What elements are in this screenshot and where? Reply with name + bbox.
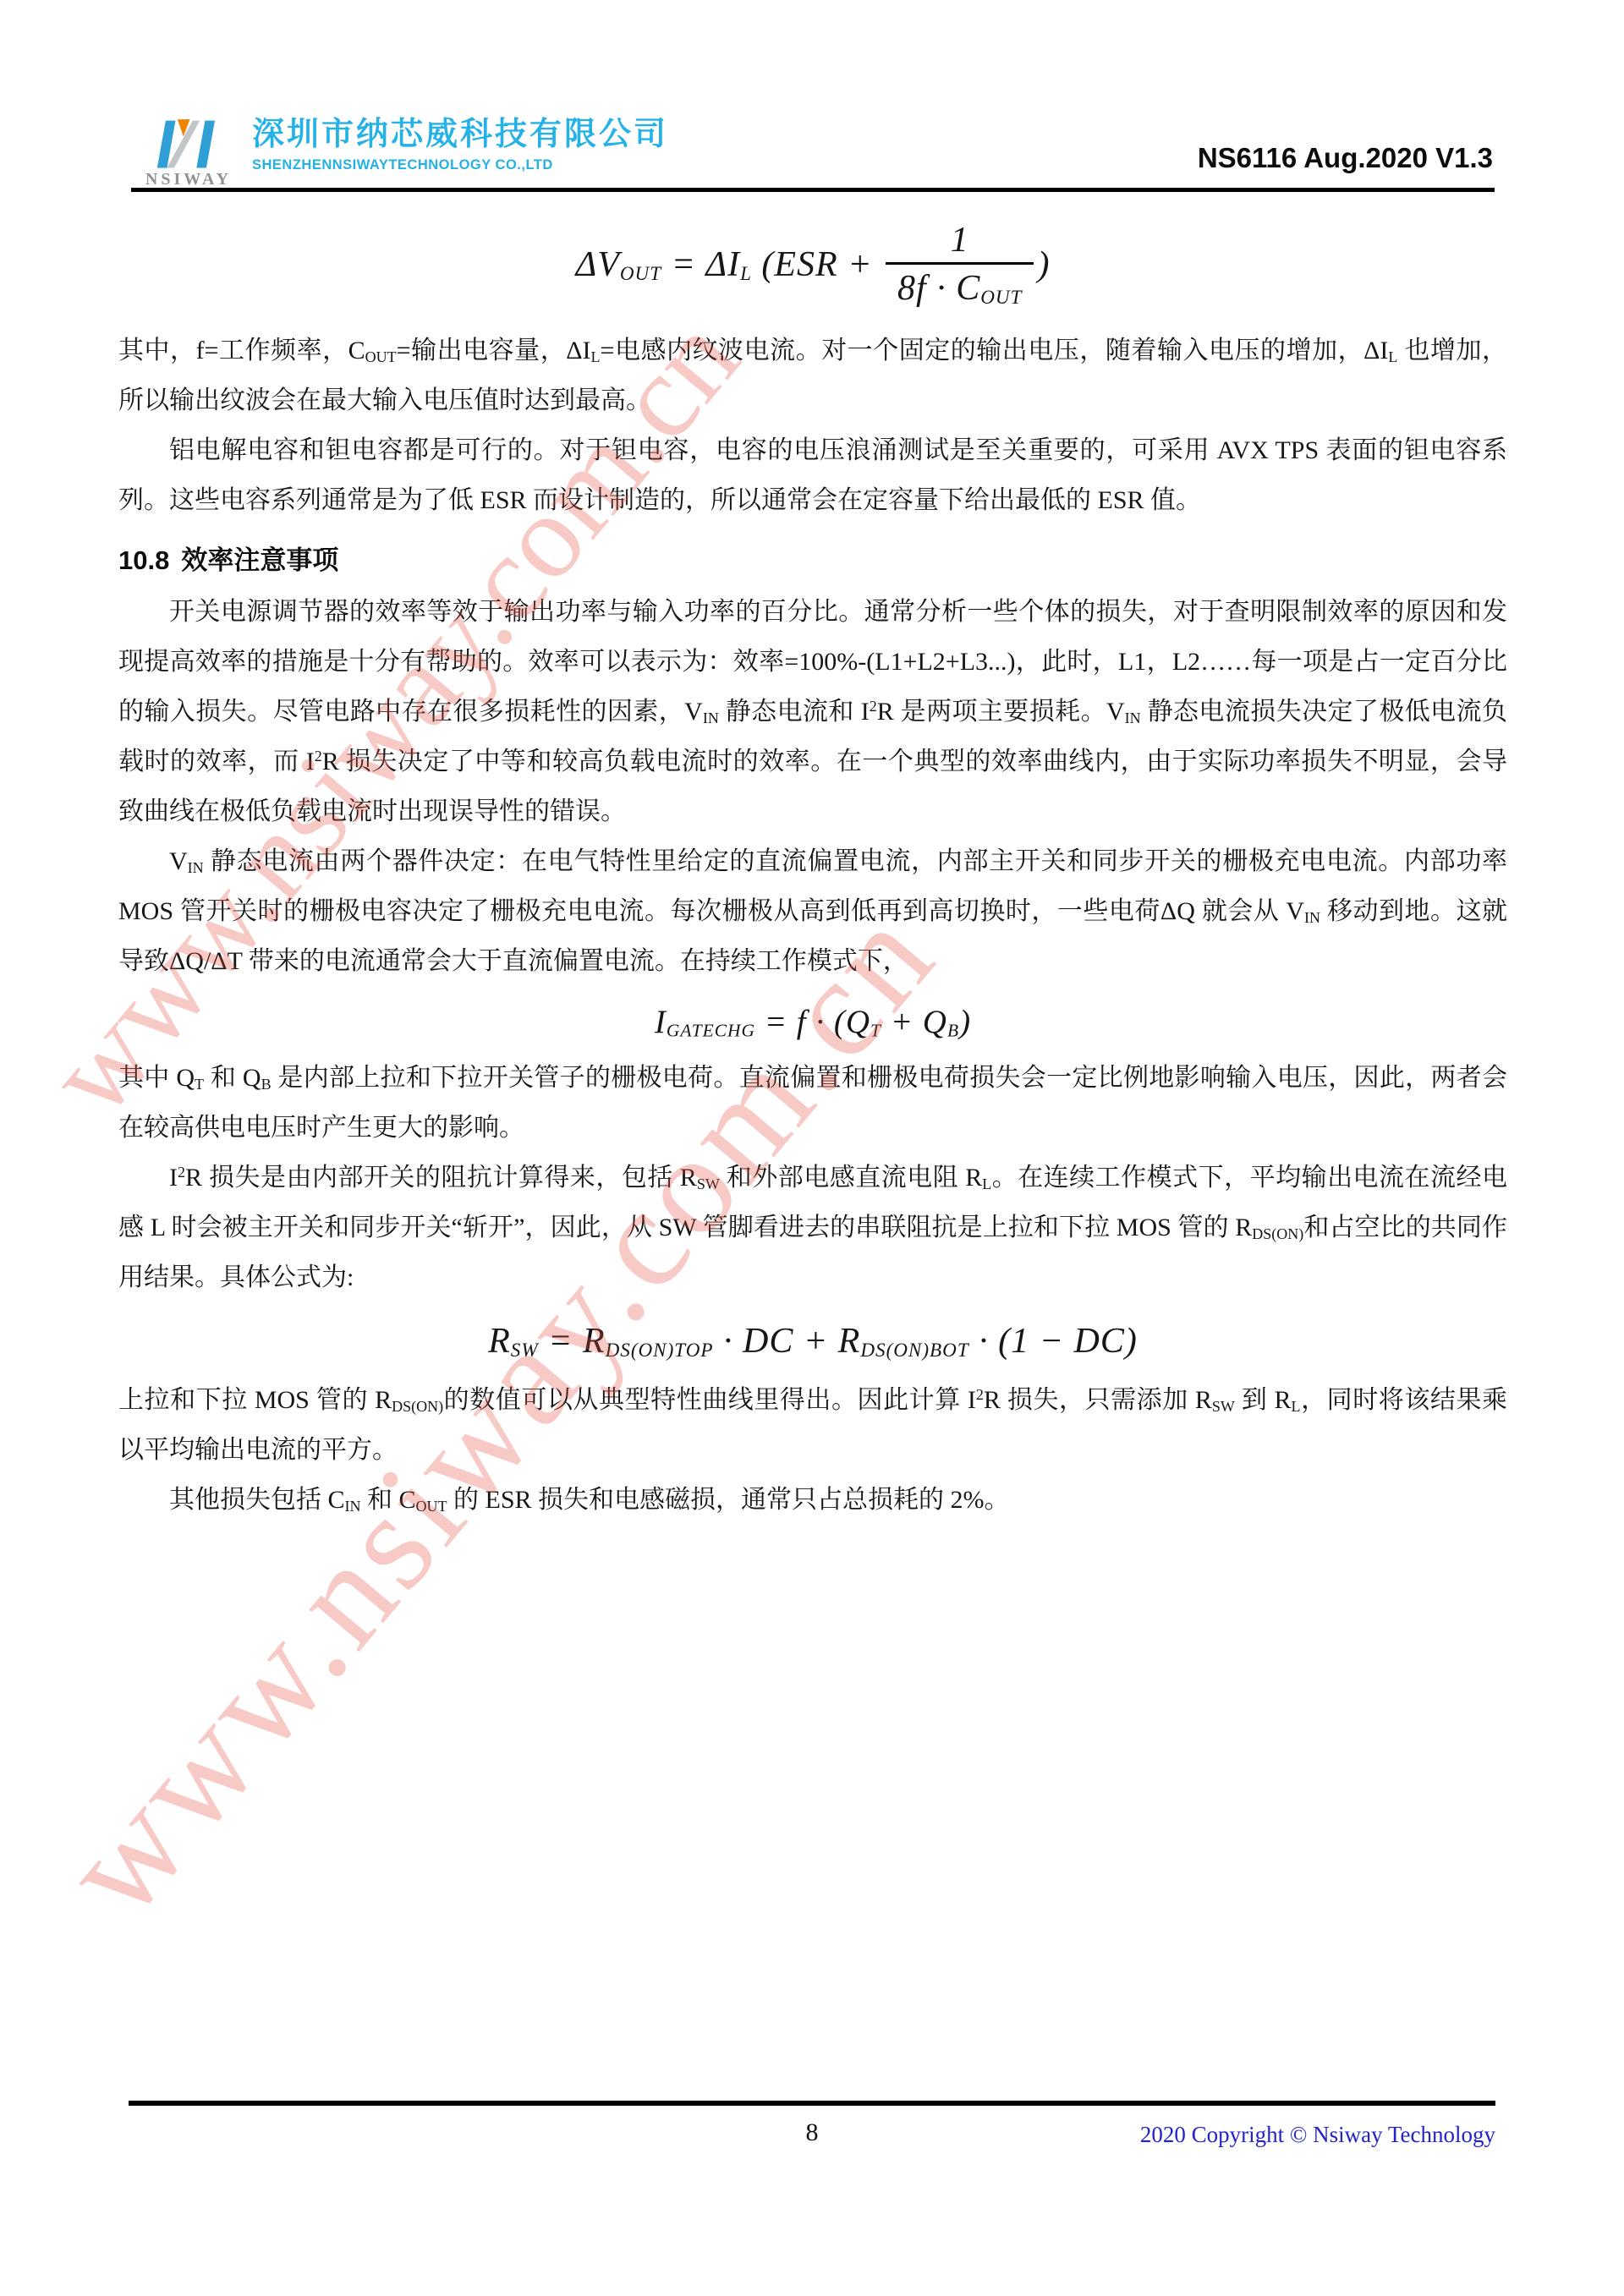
formula-fraction: 18f · COUT: [886, 220, 1034, 309]
footer-rule: [129, 2101, 1495, 2106]
section-heading: 10.8效率注意事项: [118, 539, 1507, 577]
paragraph: 其他损失包括 CIN 和 COUT 的 ESR 损失和电感磁损，通常只占总损耗的…: [118, 1475, 1507, 1525]
formula-output-ripple: ΔVOUT = ΔIL (ESR + 18f · COUT): [118, 223, 1507, 312]
document-body: ΔVOUT = ΔIL (ESR + 18f · COUT) 其中，f=工作频率…: [118, 195, 1507, 1525]
company-name-cn: 深圳市纳芯威科技有限公司: [252, 117, 668, 154]
formula-switch-resistance: RSW = RDS(ON)TOP · DC + RDS(ON)BOT · (1 …: [118, 1321, 1507, 1362]
formula-right: ): [1037, 245, 1050, 284]
header-rule: [131, 188, 1495, 192]
paragraph: 其中 QT 和 QB 是内部上拉和下拉开关管子的栅极电荷。直流偏置和栅极电荷损失…: [118, 1053, 1507, 1153]
paragraph: VIN 静态电流由两个器件决定：在电气特性里给定的直流偏置电流，内部主开关和同步…: [118, 836, 1507, 986]
copyright-text: 2020 Copyright © Nsiway Technology: [1140, 2122, 1495, 2148]
fraction-denominator: 8f · COUT: [886, 265, 1034, 309]
paragraph: 开关电源调节器的效率等效于输出功率与输入功率的百分比。通常分析一些个体的损失，对…: [118, 587, 1507, 836]
company-name-block: 深圳市纳芯威科技有限公司 SHENZHENNSIWAYTECHNOLOGY CO…: [252, 117, 668, 173]
company-name-en: SHENZHENNSIWAYTECHNOLOGY CO.,LTD: [252, 157, 668, 173]
logo-brand-text: NSIWAY: [138, 170, 239, 189]
paragraph: 铝电解电容和钽电容都是可行的。对于钽电容，电容的电压浪涌测试是至关重要的，可采用…: [118, 425, 1507, 525]
section-title: 效率注意事项: [181, 545, 338, 575]
paragraph: 上拉和下拉 MOS 管的 RDS(ON)的数值可以从典型特性曲线里得出。因此计算…: [118, 1375, 1507, 1475]
paragraph: 其中，f=工作频率，COUT=输出电容量，ΔIL=电感内纹波电流。对一个固定的输…: [118, 326, 1507, 425]
document-reference: NS6116 Aug.2020 V1.3: [1198, 142, 1493, 174]
section-number: 10.8: [118, 545, 169, 575]
nsiway-logo-icon: [141, 117, 236, 169]
formula-left: ΔVOUT = ΔIL (ESR +: [576, 245, 882, 284]
company-logo: NSIWAY: [138, 117, 239, 189]
fraction-numerator: 1: [886, 220, 1034, 265]
document-page: NSIWAY 深圳市纳芯威科技有限公司 SHENZHENNSIWAYTECHNO…: [0, 0, 1624, 2296]
paragraph: I2R 损失是由内部开关的阻抗计算得来，包括 RSW 和外部电感直流电阻 RL。…: [118, 1153, 1507, 1302]
formula-gate-charge: IGATECHG = f · (QT + QB): [118, 1003, 1507, 1041]
